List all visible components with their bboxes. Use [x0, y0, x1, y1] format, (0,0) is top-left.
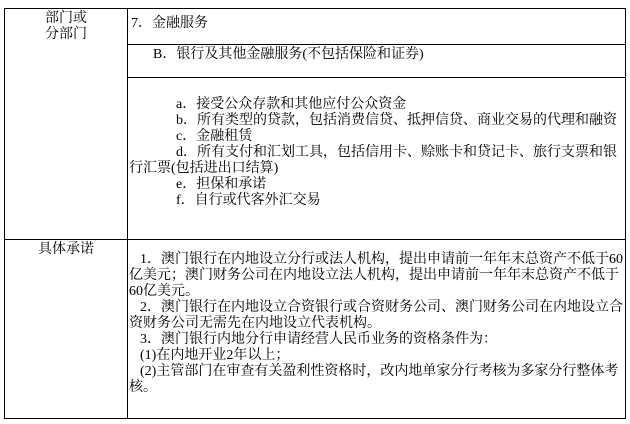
- commitment-paragraph-4: (1)在内地开业2年以上；: [129, 348, 624, 364]
- sector-number-cell: 7．金融服务: [128, 9, 626, 45]
- sector-subsector-cell: B．银行及其他金融服务(不包括保险和证券): [128, 45, 626, 78]
- activity-item-b: b．所有类型的贷款，包括消费信贷、抵押信贷、商业交易的代理和融资: [129, 113, 624, 129]
- sector-heading: 7．金融服务: [131, 16, 623, 32]
- commitment-paragraph-5: (2)主管部门在审查有关盈利性资格时，改内地单家分行考核为多家分行整体考核。: [129, 364, 624, 396]
- commitment-paragraph-2: 2．澳门银行在内地设立合资银行或合资财务公司、澳门财务公司在内地设立合资财务公司…: [129, 300, 624, 332]
- commitment-paragraph-1: 1．澳门银行在内地设立分行或法人机构，提出申请前一年年末总资产不低于60亿美元；…: [129, 252, 624, 300]
- sector-header-label-line2: 分部门: [45, 27, 87, 42]
- activity-item-f: f．自行或代客外汇交易: [129, 193, 624, 209]
- activity-item-e: e．担保和承诺: [129, 177, 624, 193]
- activity-item-a: a．接受公众存款和其他应付公众资金: [129, 97, 624, 113]
- activity-item-c: c．金融租赁: [129, 129, 624, 145]
- sector-header-label-line1: 部门或: [45, 11, 87, 26]
- sector-subheading: B．银行及其他金融服务(不包括保险和证券): [153, 47, 623, 63]
- commitments-content-cell: 1．澳门银行在内地设立分行或法人机构，提出申请前一年年末总资产不低于60亿美元；…: [128, 240, 626, 419]
- document-page: 部门或 分部门 7．金融服务 B．银行及其他金融服务(不包括保险和证券) a．接…: [0, 0, 630, 424]
- activity-item-d: d．所有支付和汇划工具，包括信用卡、赊账卡和贷记卡、旅行支票和银行汇票(包括进出…: [129, 145, 624, 177]
- commitments-header-label: 具体承诺: [38, 242, 94, 257]
- commitment-paragraph-3: 3．澳门银行内地分行申请经营人民币业务的资格条件为：: [129, 332, 624, 348]
- sector-activities-cell: a．接受公众存款和其他应付公众资金 b．所有类型的贷款，包括消费信贷、抵押信贷、…: [128, 78, 626, 240]
- commitments-row: 具体承诺 1．澳门银行在内地设立分行或法人机构，提出申请前一年年末总资产不低于6…: [5, 240, 626, 419]
- sector-row: 部门或 分部门 7．金融服务: [5, 9, 626, 45]
- commitments-table: 部门或 分部门 7．金融服务 B．银行及其他金融服务(不包括保险和证券) a．接…: [4, 8, 626, 419]
- commitments-header-cell: 具体承诺: [5, 240, 128, 419]
- sector-header-cell: 部门或 分部门: [5, 9, 128, 240]
